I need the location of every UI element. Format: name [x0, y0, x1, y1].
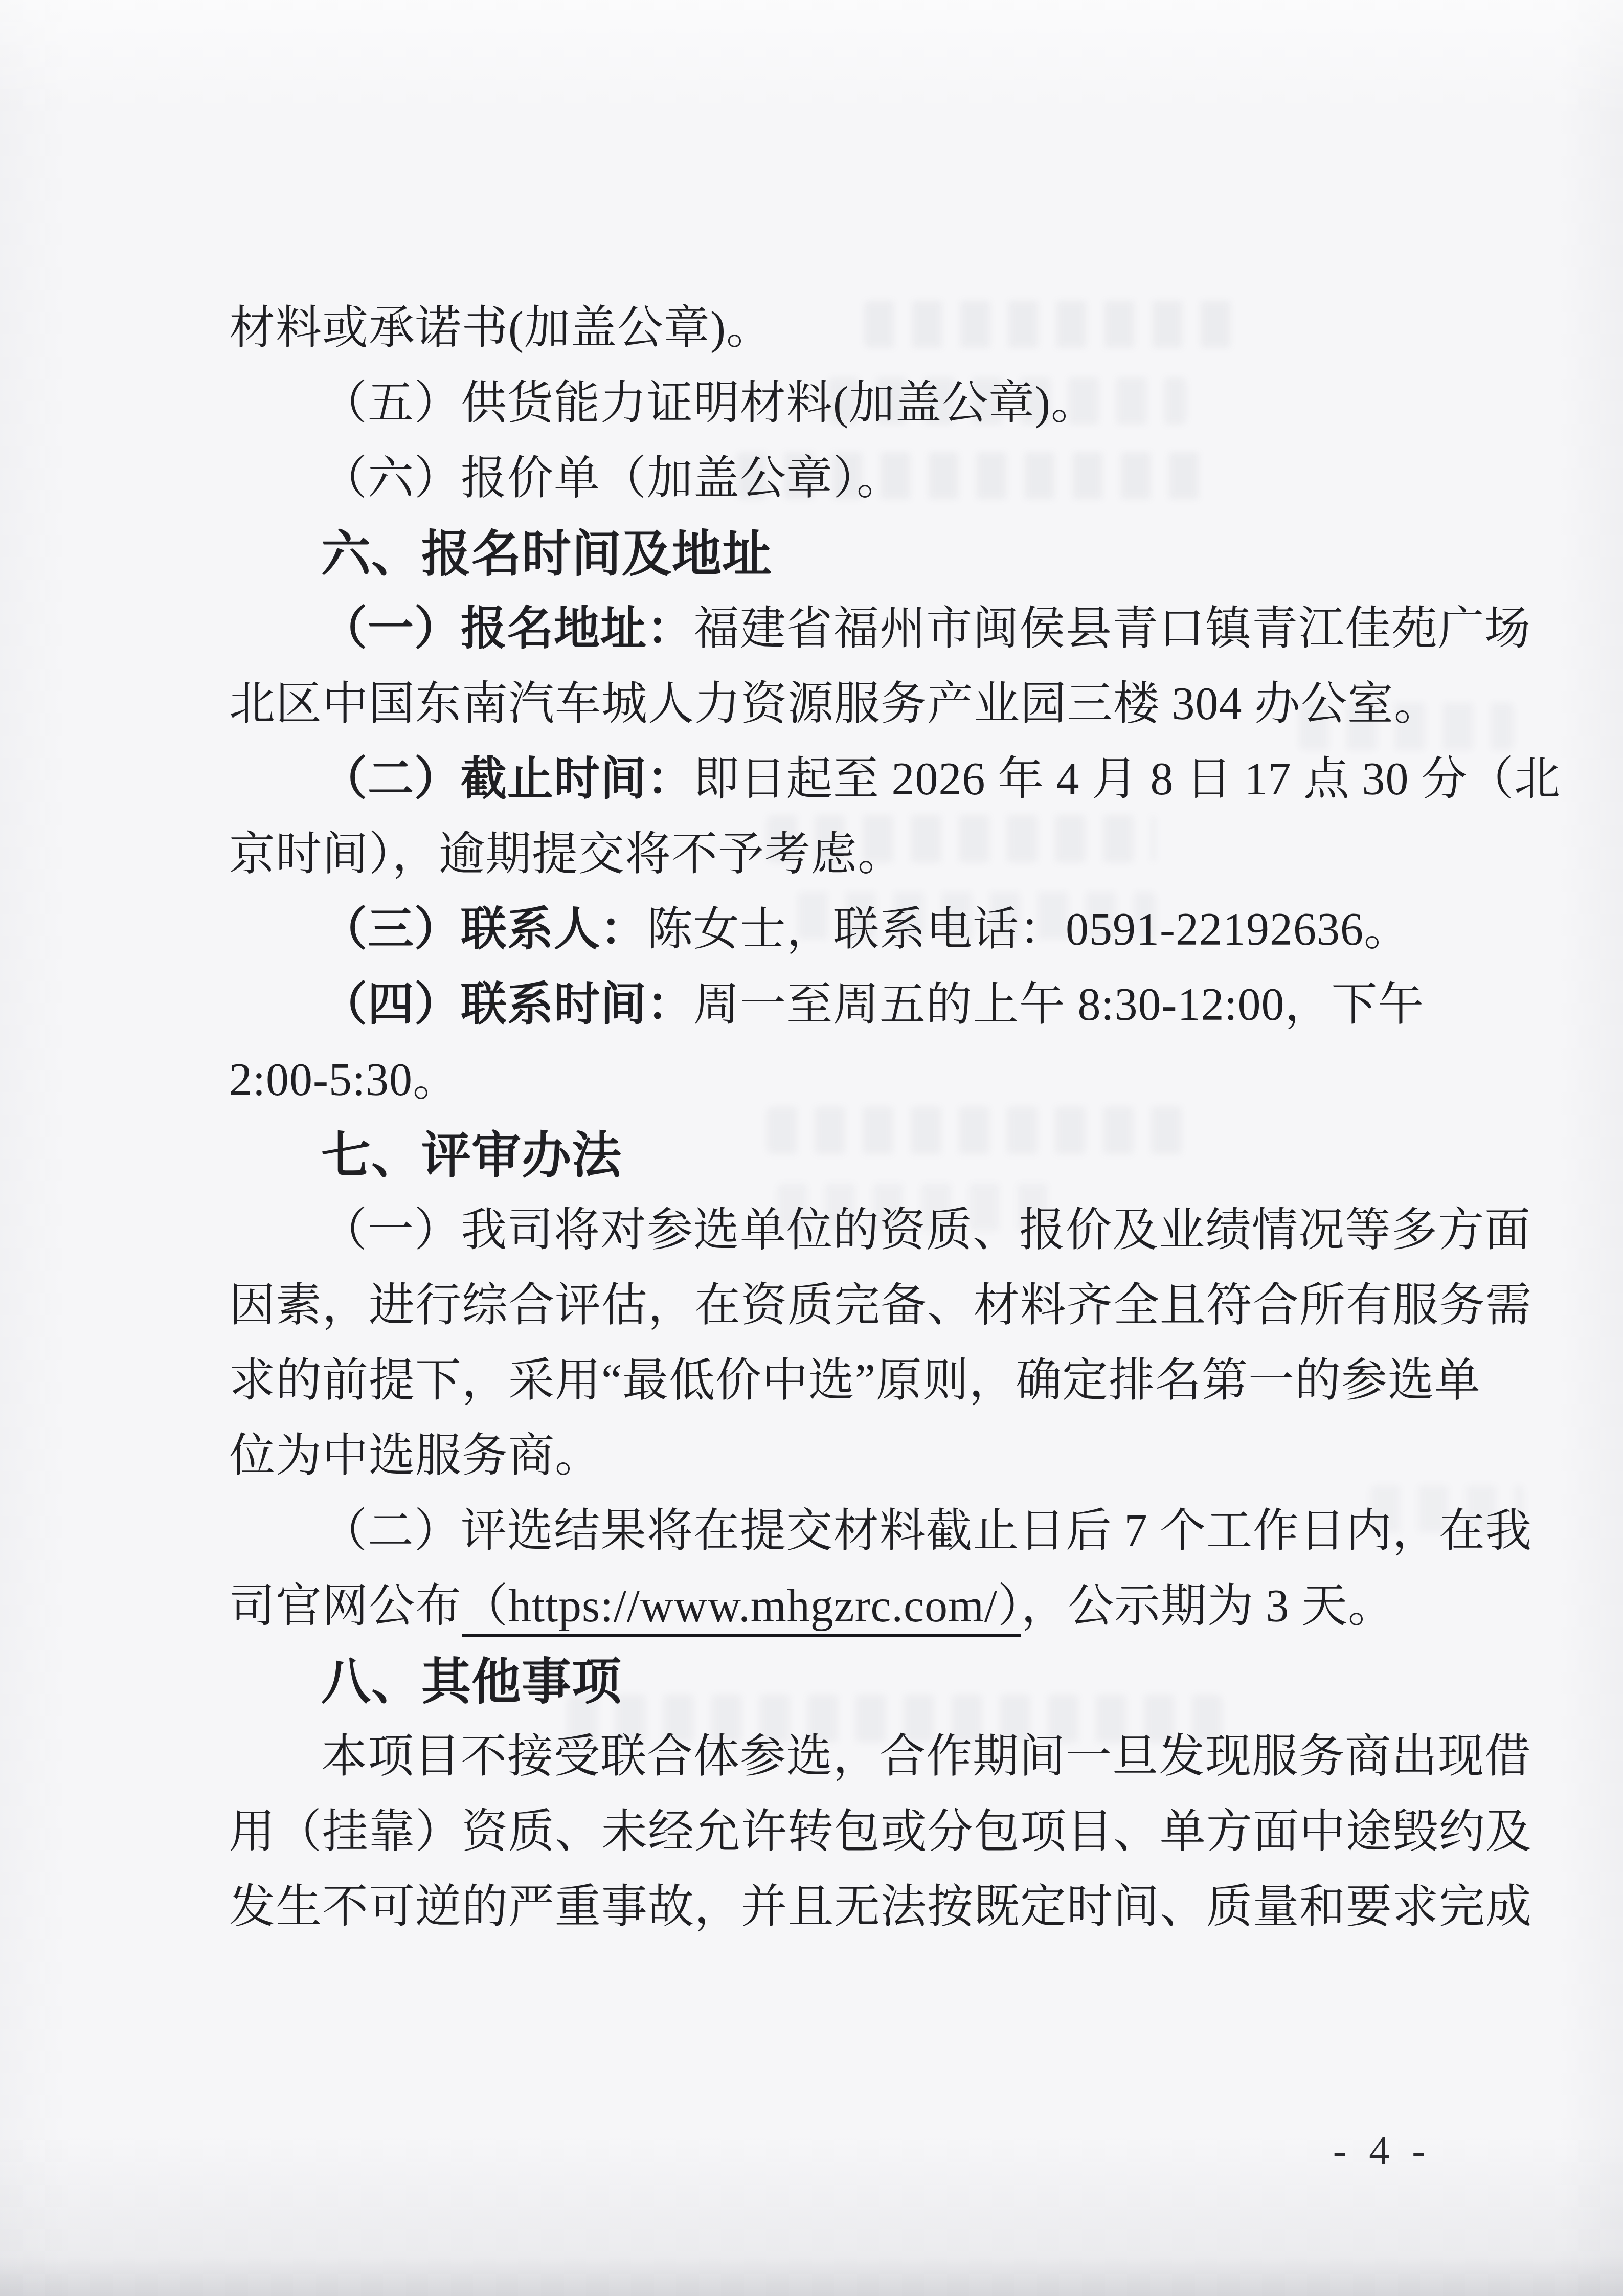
- bold-label: （二）截止时间：: [321, 753, 693, 805]
- text-segment: 司官网公布: [229, 1581, 462, 1632]
- text-segment: 用（挂靠）资质、未经允许转包或分包项目、单方面中途毁约及: [229, 1807, 1532, 1857]
- text-segment: ，公示期为 3 天。: [1021, 1581, 1394, 1632]
- bold-label: （四）联系时间：: [321, 979, 693, 1030]
- section-heading: 七、评审办法: [229, 1118, 1487, 1193]
- text-segment: 发生不可逆的严重事故，并且无法按既定时间、质量和要求完成: [229, 1882, 1532, 1932]
- text-segment: 京时间），逾期提交将不予考虑。: [229, 829, 904, 880]
- website-url: （https://www.mhgzrc.com/）: [462, 1581, 1021, 1637]
- text-segment: （六）报价单（加盖公章）。: [321, 453, 903, 504]
- text-line: 京时间），逾期提交将不予考虑。: [229, 817, 1487, 892]
- section-heading: 六、报名时间及地址: [229, 516, 1487, 591]
- text-segment: 周一至周五的上午 8:30-12:00，下午: [693, 979, 1424, 1030]
- text-line: 司官网公布（https://www.mhgzrc.com/），公示期为 3 天。: [229, 1569, 1487, 1644]
- text-line: 因素，进行综合评估，在资质完备、材料齐全且符合所有服务需: [229, 1268, 1487, 1343]
- text-segment: （五）供货能力证明材料(加盖公章)。: [321, 378, 1097, 429]
- bold-label: （一）报名地址：: [321, 603, 693, 654]
- text-line: （六）报价单（加盖公章）。: [229, 441, 1487, 516]
- document-page: 材料或承诺书(加盖公章)。（五）供货能力证明材料(加盖公章)。（六）报价单（加盖…: [0, 0, 1623, 2296]
- text-segment: 即日起至 2026 年 4 月 8 日 17 点 30 分（北: [693, 754, 1561, 805]
- bold-label: 七、评审办法: [321, 1127, 622, 1183]
- text-line: 材料或承诺书(加盖公章)。: [229, 291, 1487, 366]
- bold-label: 八、其他事项: [321, 1654, 622, 1709]
- text-segment: 福建省福州市闽侯县青口镇青江佳苑广场: [693, 604, 1531, 654]
- text-line: 北区中国东南汽车城人力资源服务产业园三楼 304 办公室。: [229, 666, 1487, 742]
- text-line: （二）评选结果将在提交材料截止日后 7 个工作日内，在我: [229, 1493, 1487, 1569]
- text-line: （三）联系人：陈女士，联系电话：0591-22192636。: [229, 892, 1487, 967]
- text-line: （一）我司将对参选单位的资质、报价及业绩情况等多方面: [229, 1193, 1487, 1268]
- text-segment: 陈女士，联系电话：0591-22192636。: [647, 904, 1410, 955]
- page-number: - 4 -: [1333, 2128, 1432, 2174]
- text-segment: （二）评选结果将在提交材料截止日后 7 个工作日内，在我: [321, 1506, 1532, 1556]
- bold-label: （三）联系人：: [321, 904, 647, 955]
- section-heading: 八、其他事项: [229, 1644, 1487, 1719]
- text-line: （二）截止时间：即日起至 2026 年 4 月 8 日 17 点 30 分（北: [229, 742, 1487, 817]
- text-segment: 求的前提下，采用“最低价中选”原则，确定排名第一的参选单: [229, 1355, 1481, 1406]
- text-line: 发生不可逆的严重事故，并且无法按既定时间、质量和要求完成: [229, 1869, 1487, 1945]
- text-segment: 2:00-5:30。: [229, 1055, 459, 1105]
- text-segment: 北区中国东南汽车城人力资源服务产业园三楼 304 办公室。: [229, 679, 1440, 729]
- text-segment: 本项目不接受联合体参选，合作期间一旦发现服务商出现借: [321, 1731, 1531, 1782]
- text-line: （四）联系时间：周一至周五的上午 8:30-12:00，下午: [229, 967, 1487, 1042]
- text-segment: （一）我司将对参选单位的资质、报价及业绩情况等多方面: [321, 1205, 1531, 1256]
- bold-label: 六、报名时间及地址: [321, 526, 772, 582]
- text-line: （五）供货能力证明材料(加盖公章)。: [229, 366, 1487, 441]
- document-body: 材料或承诺书(加盖公章)。（五）供货能力证明材料(加盖公章)。（六）报价单（加盖…: [229, 291, 1487, 1945]
- text-segment: 材料或承诺书(加盖公章)。: [229, 303, 773, 353]
- text-line: （一）报名地址：福建省福州市闽侯县青口镇青江佳苑广场: [229, 591, 1487, 666]
- text-segment: 因素，进行综合评估，在资质完备、材料齐全且符合所有服务需: [229, 1280, 1532, 1331]
- text-line: 2:00-5:30。: [229, 1042, 1487, 1118]
- text-line: 求的前提下，采用“最低价中选”原则，确定排名第一的参选单: [229, 1343, 1487, 1418]
- text-line: 本项目不接受联合体参选，合作期间一旦发现服务商出现借: [229, 1719, 1487, 1794]
- scan-edge-shadow: [0, 2256, 1623, 2296]
- text-line: 位为中选服务商。: [229, 1418, 1487, 1493]
- text-line: 用（挂靠）资质、未经允许转包或分包项目、单方面中途毁约及: [229, 1794, 1487, 1869]
- text-segment: 位为中选服务商。: [229, 1431, 601, 1481]
